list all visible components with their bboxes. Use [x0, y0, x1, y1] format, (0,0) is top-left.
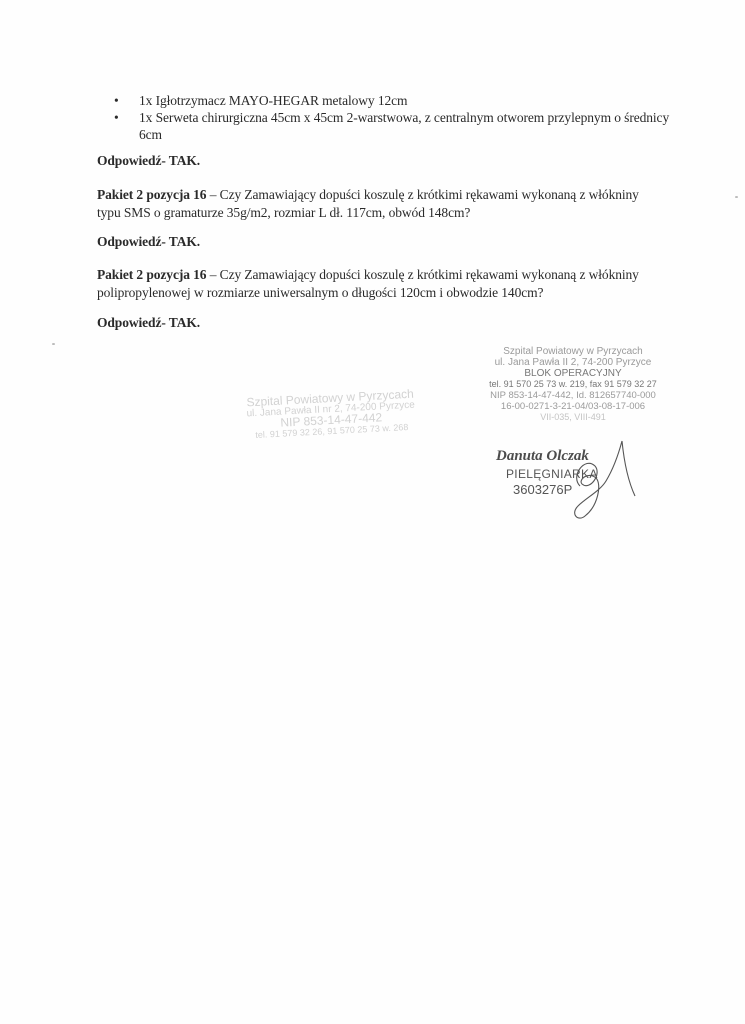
answer-1: Odpowiedź- TAK.: [97, 152, 657, 170]
stamp-line: Szpital Powiatowy w Pyrzycach: [488, 346, 658, 357]
list-item: • 1x Igłotrzymacz MAYO-HEGAR metalowy 12…: [112, 92, 672, 109]
equipment-list: • 1x Igłotrzymacz MAYO-HEGAR metalowy 12…: [112, 92, 672, 143]
list-item: • 1x Serweta chirurgiczna 45cm x 45cm 2-…: [112, 109, 672, 143]
question-2: Pakiet 2 pozycja 16 – Czy Zamawiający do…: [97, 186, 652, 222]
scan-speck: [735, 196, 738, 198]
stamp-line: BLOK OPERACYJNY: [488, 368, 658, 379]
question-3-label: Pakiet 2 pozycja 16: [97, 267, 206, 282]
stamp-line: VII-035, VIII-491: [488, 412, 658, 423]
question-3-dash: –: [206, 267, 219, 282]
bullet-icon: •: [114, 92, 119, 109]
stamp-line: NIP 853-14-47-442, Id. 812657740-000: [488, 390, 658, 401]
department-stamp: Szpital Powiatowy w Pyrzycach ul. Jana P…: [488, 346, 658, 423]
stamp-line: ul. Jana Pawła II 2, 74-200 Pyrzyce: [488, 357, 658, 368]
question-2-label: Pakiet 2 pozycja 16: [97, 187, 206, 202]
document-page: • 1x Igłotrzymacz MAYO-HEGAR metalowy 12…: [0, 0, 745, 1024]
stamp-line: tel. 91 570 25 73 w. 219, fax 91 579 32 …: [488, 379, 658, 390]
question-3: Pakiet 2 pozycja 16 – Czy Zamawiający do…: [97, 266, 652, 302]
question-2-dash: –: [206, 187, 219, 202]
handwritten-signature-icon: [540, 436, 640, 526]
hospital-stamp: Szpital Powiatowy w Pyrzycach ul. Jana P…: [245, 389, 417, 442]
list-item-text: 1x Serweta chirurgiczna 45cm x 45cm 2-wa…: [139, 110, 669, 142]
scan-speck: [52, 343, 55, 345]
stamp-line: 16-00-0271-3-21-04/03-08-17-006: [488, 401, 658, 412]
list-item-text: 1x Igłotrzymacz MAYO-HEGAR metalowy 12cm: [139, 93, 407, 108]
answer-2: Odpowiedź- TAK.: [97, 233, 657, 251]
bullet-icon: •: [114, 109, 119, 126]
answer-3: Odpowiedź- TAK.: [97, 314, 657, 332]
